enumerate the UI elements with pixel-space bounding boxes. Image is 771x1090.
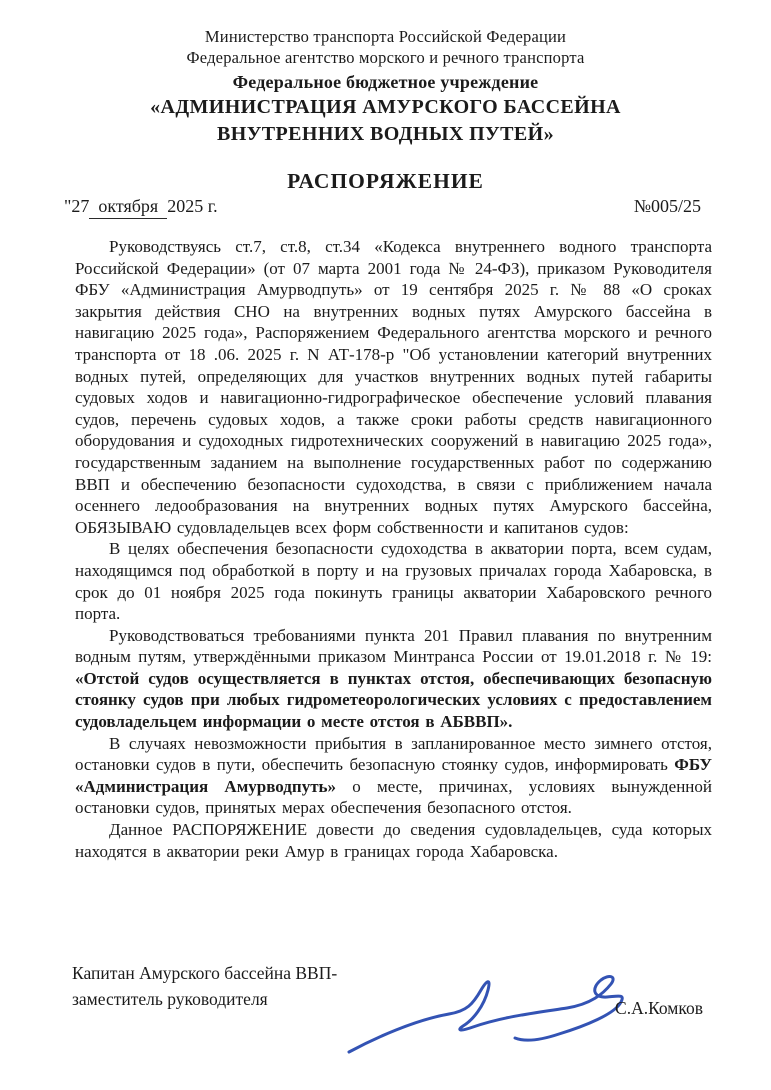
document-title: РАСПОРЯЖЕНИЕ (0, 168, 771, 194)
document-page: Министерство транспорта Российской Федер… (0, 0, 771, 1090)
agency-line: Федеральное агентство морского и речного… (0, 47, 771, 68)
document-number: №005/25 (634, 194, 701, 218)
ministry-line: Министерство транспорта Российской Федер… (0, 26, 771, 47)
date-underlined-month: октября (89, 194, 167, 219)
institution-line: Федеральное бюджетное учреждение (0, 70, 771, 94)
org-name-line2: ВНУТРЕННИХ ВОДНЫХ ПУТЕЙ» (0, 121, 771, 148)
org-name-line1: «АДМИНИСТРАЦИЯ АМУРСКОГО БАССЕЙНА (0, 94, 771, 121)
signer-position-line1: Капитан Амурского бассейна ВВП- (72, 960, 337, 986)
date-prefix: "27 (64, 196, 89, 216)
paragraph: Руководствуясь ст.7, ст.8, ст.34 «Кодекс… (75, 236, 712, 538)
document-header: Министерство транспорта Российской Федер… (0, 0, 771, 148)
date-number-row: "27октября2025 г. №005/25 (0, 194, 771, 219)
paragraph: Данное РАСПОРЯЖЕНИЕ довести до сведения … (75, 819, 712, 862)
paragraph: В целях обеспечения безопасности судоход… (75, 538, 712, 624)
signature-scrawl-icon (345, 964, 645, 1064)
paragraph: Руководствоваться требованиями пункта 20… (75, 625, 712, 733)
date-suffix: 2025 г. (167, 196, 217, 216)
signer-name: С.А.Комков (615, 998, 703, 1019)
signer-position-line2: заместитель руководителя (72, 986, 337, 1012)
document-date: "27октября2025 г. (64, 194, 218, 219)
paragraph: В случаях невозможности прибытия в запла… (75, 733, 712, 819)
signature-block: Капитан Амурского бассейна ВВП- заместит… (0, 952, 771, 1072)
document-body: Руководствуясь ст.7, ст.8, ст.34 «Кодекс… (75, 236, 712, 862)
signer-position: Капитан Амурского бассейна ВВП- заместит… (72, 960, 337, 1012)
